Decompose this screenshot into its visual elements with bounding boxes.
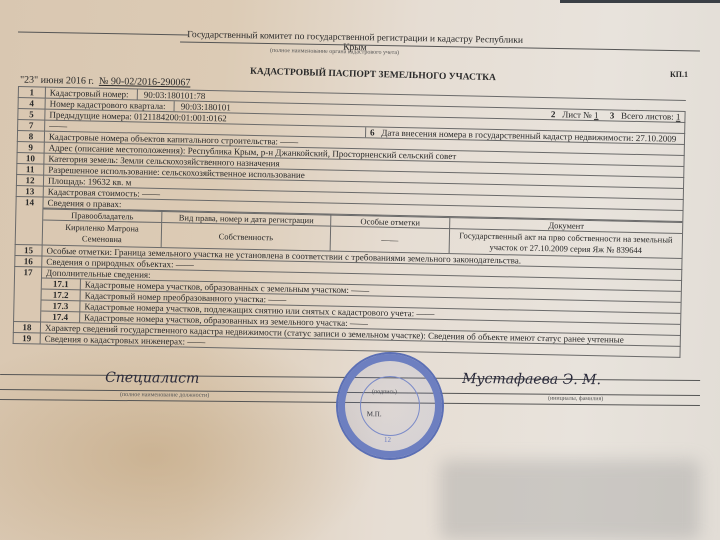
official-stamp-icon: 12	[336, 352, 444, 460]
row-number: 1	[18, 87, 45, 99]
document-number: № 90-02/2016-290067	[99, 76, 191, 89]
row-number: 12	[16, 174, 43, 186]
row-number: 19	[13, 332, 40, 344]
subrow-number: 17.1	[42, 278, 81, 290]
row-number: 9	[17, 141, 44, 153]
name-caption: (инициалы, фамилия)	[548, 396, 603, 402]
row-number: 4	[18, 98, 45, 110]
row-number: 8	[17, 131, 44, 143]
subrow-number: 17.4	[41, 311, 80, 322]
official-name: Мустафаева Э. М.	[462, 371, 601, 388]
organization-caption: (полное наименование органа кадастрового…	[270, 48, 399, 56]
row-number: 7	[18, 120, 45, 132]
row-6-number: 6	[370, 127, 375, 137]
owner-name: Кириленко Матрона Семеновна	[43, 220, 162, 246]
total-sheets-label: Всего листов:	[621, 111, 674, 122]
row-number: 14	[15, 196, 43, 244]
stamp-number: 12	[384, 436, 391, 444]
row-7-value: ——	[49, 121, 67, 131]
cadastral-number-label: Кадастровый номер:	[50, 88, 129, 100]
cadastral-number-value: 90:03:180101:78	[137, 89, 206, 100]
right-type: Собственность	[161, 223, 330, 251]
sheet-row-number: 2	[551, 109, 556, 119]
date-text: "23" июня 2016 г.	[20, 75, 94, 87]
subrow-number: 17.2	[42, 289, 81, 301]
row-number: 16	[15, 255, 42, 267]
row-number: 17	[14, 266, 42, 322]
sheet-label: Лист №	[562, 109, 592, 120]
official-position: Специалист	[105, 370, 199, 387]
cadastral-table: 1 Кадастровый номер: 90:03:180101:78 4 Н…	[13, 86, 686, 357]
stamp-inner-ring	[360, 376, 420, 436]
document-title: КАДАСТРОВЫЙ ПАСПОРТ ЗЕМЕЛЬНОГО УЧАСТКА	[250, 67, 496, 83]
phone-shadow	[440, 460, 700, 540]
form-code: КП.1	[670, 70, 688, 79]
notes-value: ——	[330, 226, 449, 252]
subrow-number: 17.3	[41, 300, 80, 312]
total-sheets-value: 1	[676, 112, 681, 122]
row-number: 10	[17, 152, 44, 164]
row-number: 18	[13, 321, 40, 333]
quarter-value: 90:03:180101	[174, 101, 231, 112]
position-caption: (полное наименование должности)	[120, 392, 209, 399]
row-number: 11	[17, 163, 44, 175]
sheet-value: 1	[594, 110, 599, 120]
hand-shadow	[0, 330, 380, 540]
row-number: 5	[18, 109, 45, 121]
header-rule-left	[18, 32, 188, 36]
row-number: 15	[15, 244, 42, 256]
total-row-number: 3	[610, 110, 615, 120]
row-number: 13	[16, 185, 43, 197]
background-edge	[560, 0, 720, 3]
